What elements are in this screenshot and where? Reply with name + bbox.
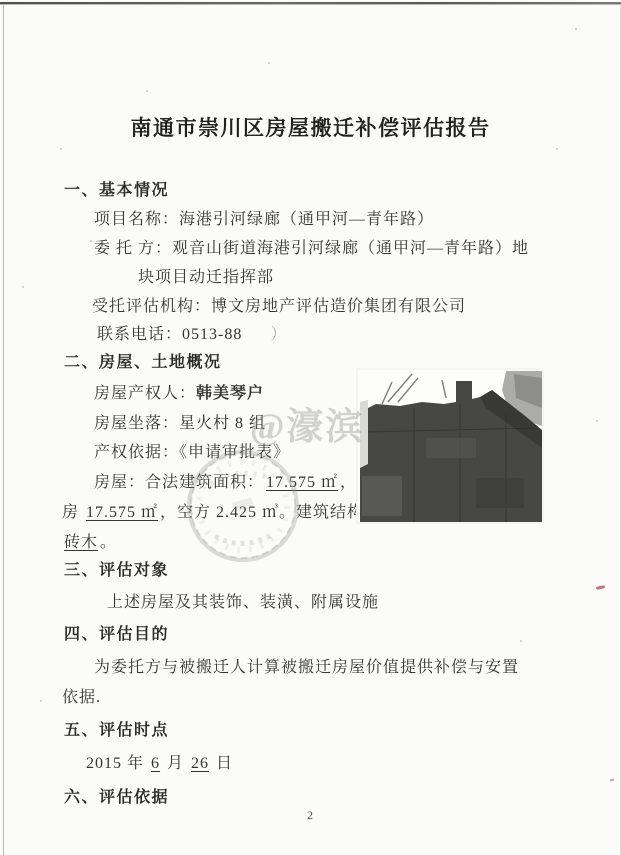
field-phone: 联系电话：0513-88）	[97, 321, 292, 344]
report-title: 南通市崇川区房屋搬迁补偿评估报告	[0, 112, 621, 142]
scan-speckle	[40, 700, 42, 702]
scan-speckle	[520, 640, 522, 642]
scan-speckle	[596, 420, 598, 422]
date-month: 6	[149, 755, 162, 772]
section-4-heading: 四、评估目的	[64, 621, 169, 644]
scanned-report-page: { "doc": { "title": "南通市崇川区房屋搬迁补偿评估报告", …	[0, 0, 621, 855]
section-1-heading: 一、基本情况	[64, 177, 169, 200]
ownership-basis-label: 产权依据：	[94, 444, 179, 461]
scan-speckle	[268, 62, 270, 64]
date-prefix: 2015 年	[86, 755, 149, 772]
page-number: 2	[295, 808, 325, 823]
client-value-line1: 观音山街道海港引河绿廊（通甲河—青年路）地	[172, 240, 529, 257]
project-name-label: 项目名称：	[94, 211, 179, 228]
section-6-heading: 六、评估依据	[64, 784, 169, 807]
owner-label: 房屋产权人：	[94, 385, 196, 402]
section-3-heading: 三、评估对象	[64, 557, 169, 580]
phone-label: 联系电话：	[97, 326, 182, 343]
phone-redacted-mark: ）	[270, 326, 292, 343]
property-photo	[356, 368, 544, 524]
scan-speckle	[575, 28, 577, 30]
scan-top-edge-shadow	[0, 4, 621, 5]
phone-value: 0513-88	[182, 326, 242, 343]
section-3-body: 上述房屋及其装饰、装潢、附属设施	[107, 589, 379, 612]
section-4-body-line1: 为委托方与被搬迁人计算被搬迁房屋价值提供补偿与安置	[94, 654, 519, 677]
date-day: 26	[189, 755, 211, 772]
watermark: @濠滨	[250, 396, 364, 450]
section-4-body-line2: 依据.	[62, 684, 101, 707]
structure-value: 砖木	[62, 534, 100, 551]
field-client: 委 托 方：观音山街道海港引河绿廊（通甲河—青年路）地	[94, 235, 529, 258]
scan-speckle	[22, 286, 24, 288]
date-month-sep: 月	[162, 755, 189, 772]
area-prefix-2: 房	[62, 504, 84, 521]
section-5-heading: 五、评估时点	[64, 717, 169, 740]
client-label: 委 托 方：	[94, 240, 172, 257]
red-pen-dot	[610, 779, 614, 782]
scan-speckle	[146, 90, 148, 92]
location-label: 房屋坐落：	[94, 415, 179, 432]
agency-label: 受托评估机构：	[92, 298, 211, 315]
project-name-value: 海港引河绿廊（通甲河—青年路）	[179, 211, 434, 228]
section-2-heading: 二、房屋、土地概况	[64, 349, 222, 372]
field-agency: 受托评估机构：博文房地产评估造价集团有限公司	[92, 293, 466, 316]
valuation-date: 2015 年 6 月 26 日	[86, 750, 233, 773]
scan-speckle	[556, 148, 558, 150]
property-photo-image	[356, 368, 544, 524]
date-day-sep: 日	[211, 755, 233, 772]
structure-suffix: 。	[100, 534, 117, 551]
area-value-2: 17.575 ㎡	[84, 504, 160, 521]
official-seal	[185, 448, 301, 564]
agency-value: 博文房地产评估造价集团有限公司	[211, 298, 466, 315]
field-owner: 房屋产权人：韩美琴户	[94, 380, 264, 403]
scan-speckle	[60, 148, 62, 150]
scan-speckle	[90, 240, 92, 242]
field-project-name: 项目名称：海港引河绿廊（通甲河—青年路）	[94, 206, 434, 229]
red-pen-mark	[596, 585, 605, 590]
field-client-line2: 块项目动迁指挥部	[138, 264, 274, 287]
field-location: 房屋坐落：星火村 8 组	[94, 410, 266, 433]
field-structure: 砖木。	[62, 529, 117, 552]
official-seal-image	[185, 448, 301, 564]
